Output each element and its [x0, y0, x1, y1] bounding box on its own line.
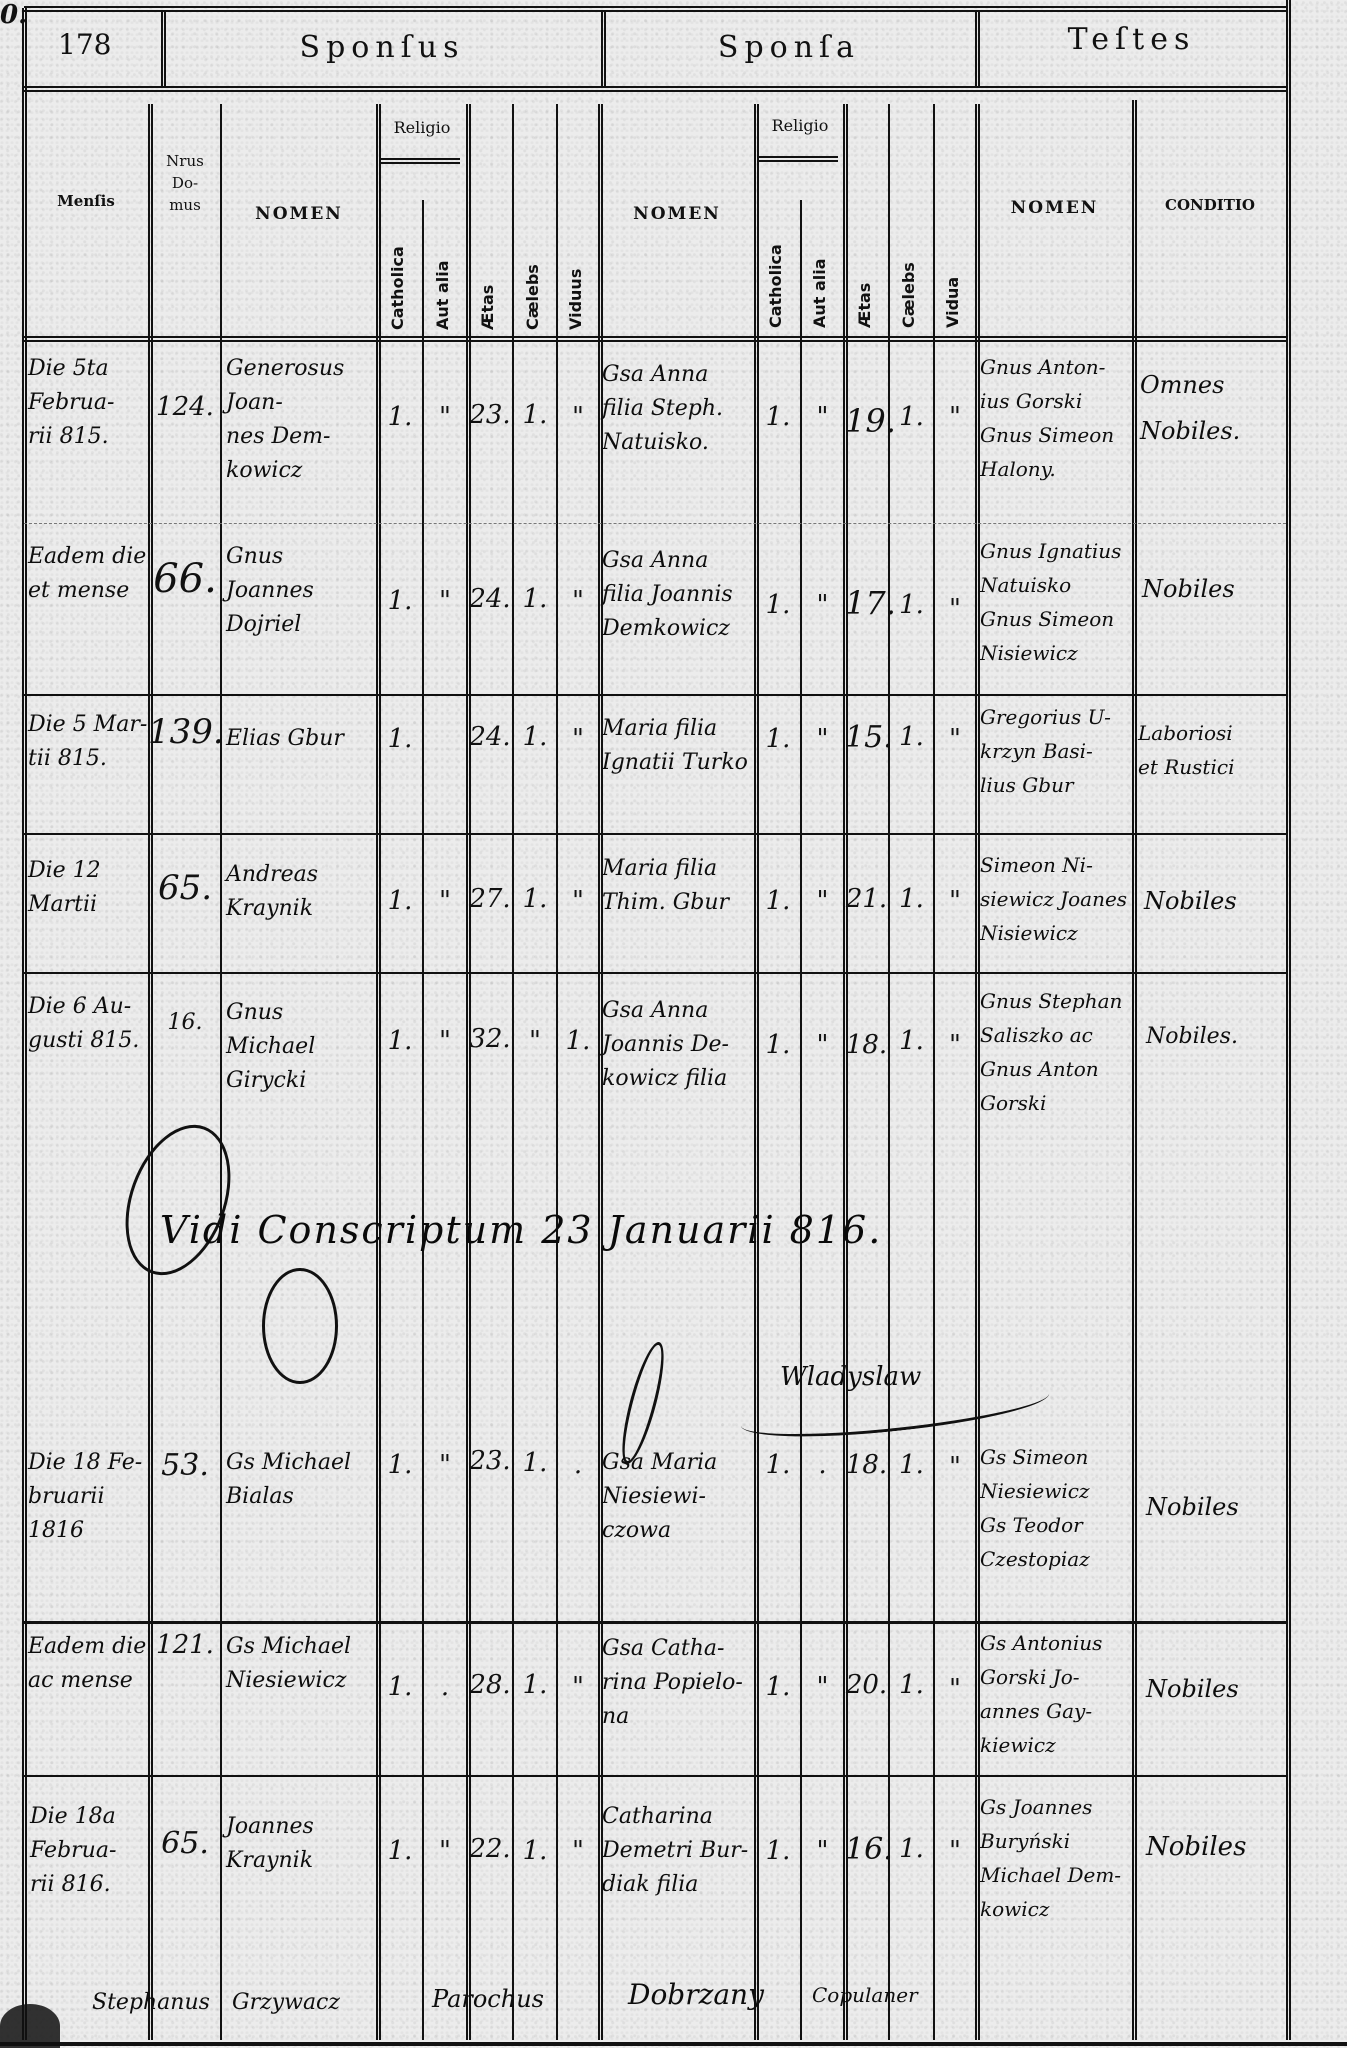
- col-line-aetas2-caelebs2: [888, 104, 890, 2040]
- cell-sponsa-vidua: ": [935, 886, 975, 916]
- cell-testes-conditio: Omnes Nobiles.: [1140, 362, 1286, 454]
- register-page: 0. 178 Sponſus Sponſa Teſtes Menſis Nrus…: [0, 0, 1347, 2048]
- cell-sponsus-caelebs: ": [514, 1026, 556, 1056]
- row-separator-4: [24, 972, 1286, 974]
- cell-sponsa-aut-alia: ": [802, 1030, 843, 1060]
- cell-sponsa-catholica: 1.: [756, 402, 800, 432]
- footer-word-5: Copulaner: [812, 1978, 918, 2012]
- col-header-sponsa-religio: Religio: [758, 116, 842, 135]
- cell-sponsus-viduus: ": [558, 886, 598, 916]
- group-title-sponsa: Sponſa: [603, 30, 975, 65]
- cell-mensis: Die 12 Martii: [28, 854, 148, 922]
- footer-word-4: Dobrzany: [628, 1978, 764, 2012]
- col-line-catholica2-autalia2: [800, 200, 802, 2040]
- title-row-bottom-rule: [24, 86, 1286, 92]
- cell-sponsa-caelebs: 1.: [890, 722, 933, 752]
- cell-sponsa-aetas: 18.: [845, 1030, 888, 1060]
- cell-nrus-domus: 53.: [148, 1448, 222, 1483]
- cell-sponsus-aetas: 27.: [468, 884, 512, 914]
- cell-sponsus-caelebs: 1.: [514, 722, 556, 752]
- cell-sponsus-caelebs: 1.: [514, 400, 556, 430]
- cell-sponsus-nomen: Gs Michael Niesiewicz: [226, 1630, 376, 1698]
- cell-sponsus-nomen: Gs Michael Bialas: [226, 1446, 376, 1514]
- cell-sponsa-catholica: 1.: [756, 1450, 800, 1480]
- cell-sponsa-caelebs: 1.: [890, 884, 933, 914]
- cell-sponsa-catholica: 1.: [756, 724, 800, 754]
- cell-sponsus-nomen: Generosus Joan- nes Dem- kowicz: [226, 352, 376, 488]
- cell-mensis: Die 6 Au- gusti 815.: [28, 990, 148, 1058]
- cell-sponsa-nomen: Gsa Anna filia Steph. Natuisko.: [602, 358, 754, 460]
- cell-sponsus-aut-alia: ": [424, 1836, 466, 1866]
- cell-sponsus-aut-alia: ": [424, 402, 466, 432]
- cell-sponsus-viduus: ": [558, 724, 598, 754]
- cell-sponsa-aut-alia: ": [802, 402, 843, 432]
- col-line-caelebs2-vidua: [933, 104, 935, 2040]
- cell-sponsa-catholica: 1.: [756, 1836, 800, 1866]
- footer-word-2: Grzywacz: [232, 1986, 340, 2020]
- cell-testes-conditio: Nobiles: [1146, 1830, 1286, 1864]
- cell-sponsa-vidua: ": [935, 724, 975, 754]
- col-line-catholica-autalia: [422, 200, 424, 2040]
- page-number: 178: [58, 28, 111, 61]
- cell-sponsa-aetas: 20.: [845, 1670, 888, 1700]
- footer-word-3: Parochus: [432, 1982, 544, 2016]
- cell-sponsa-aetas: 19.: [845, 402, 888, 440]
- col-header-sponsus-aut-alia: Aut alia: [433, 256, 452, 330]
- top-border: [24, 6, 1286, 12]
- religio-rule-sponsus: [380, 158, 460, 164]
- cell-sponsa-catholica: 1.: [756, 1672, 800, 1702]
- cell-testes-conditio: Nobiles.: [1146, 1020, 1286, 1054]
- cell-sponsus-aetas: 24.: [468, 584, 512, 614]
- cell-sponsus-aetas: 32.: [468, 1024, 512, 1054]
- cell-sponsus-catholica: 1.: [378, 1672, 422, 1702]
- cell-sponsus-aetas: 28.: [468, 1670, 512, 1700]
- cell-sponsus-viduus: ": [558, 1836, 598, 1866]
- row-separator-3: [24, 833, 1286, 835]
- col-header-sponsus-nomen: NOMEN: [222, 204, 376, 224]
- cell-sponsa-aetas: 21.: [845, 884, 888, 914]
- cell-sponsus-aetas: 23.: [468, 1446, 512, 1476]
- group-title-testes: Teſtes: [977, 22, 1286, 57]
- cell-sponsa-caelebs: 1.: [890, 1670, 933, 1700]
- cell-sponsa-caelebs: 1.: [890, 1026, 933, 1056]
- col-header-sponsa-nomen: NOMEN: [600, 204, 754, 224]
- cell-sponsus-aut-alia: .: [424, 1672, 466, 1702]
- cell-sponsa-aut-alia: ": [802, 590, 843, 620]
- cell-testes-nomen: Gnus Anton- ius Gorski Gnus Simeon Halon…: [980, 350, 1132, 486]
- cell-sponsa-vidua: ": [935, 1836, 975, 1866]
- cell-nrus-domus: 124.: [150, 392, 220, 422]
- domus-label-2: mus: [150, 194, 220, 216]
- cell-testes-conditio: Nobiles: [1142, 572, 1286, 606]
- cell-sponsa-caelebs: 1.: [890, 1834, 933, 1864]
- col-header-nrus-domus: Nrus Do- mus: [150, 150, 220, 216]
- cell-sponsa-nomen: Gsa Anna Joannis De- kowicz filia: [602, 994, 754, 1096]
- cell-mensis: Die 18a Februa- rii 816.: [30, 1800, 148, 1902]
- cell-sponsa-catholica: 1.: [756, 886, 800, 916]
- group-title-sponsus: Sponſus: [163, 30, 601, 65]
- cell-sponsa-aut-alia: ": [802, 724, 843, 754]
- cell-nrus-domus: 65.: [148, 868, 222, 908]
- row-separator-2: [24, 694, 1286, 696]
- cell-sponsa-caelebs: 1.: [890, 402, 933, 432]
- col-line-nomen3-conditio: [1132, 100, 1137, 2040]
- cell-sponsa-aut-alia: .: [802, 1450, 843, 1480]
- cell-sponsus-aetas: 23.: [468, 400, 512, 430]
- cell-mensis: Die 18 Fe- bruarii 1816: [28, 1446, 148, 1548]
- col-line-nrus-nomen: [220, 104, 222, 2040]
- cell-sponsus-nomen: Joannes Kraynik: [226, 1810, 376, 1878]
- col-header-sponsus-viduus: Viduus: [566, 262, 585, 330]
- col-header-sponsa-vidua: Vidua: [943, 268, 962, 328]
- cell-sponsa-aut-alia: ": [802, 1672, 843, 1702]
- cell-sponsus-viduus: ": [558, 1672, 598, 1702]
- cell-sponsa-caelebs: 1.: [890, 1450, 933, 1480]
- cell-nrus-domus: 121.: [148, 1630, 222, 1660]
- cell-sponsa-caelebs: 1.: [890, 590, 933, 620]
- cell-sponsa-nomen: Gsa Anna filia Joannis Demkowicz: [602, 544, 754, 646]
- col-header-mensis: Menſis: [24, 192, 148, 210]
- cell-sponsus-viduus: .: [558, 1450, 598, 1480]
- cell-sponsus-aut-alia: ": [424, 586, 466, 616]
- cell-sponsus-aut-alia: ": [424, 1026, 466, 1056]
- cell-sponsa-aut-alia: ": [802, 1836, 843, 1866]
- cell-testes-conditio: Nobiles: [1146, 1672, 1286, 1706]
- col-header-testes-nomen: NOMEN: [977, 198, 1132, 218]
- domus-label-1: Do-: [150, 172, 220, 194]
- row-separator-6: [24, 1775, 1286, 1777]
- cell-sponsa-nomen: Maria filia Ignatii Turko: [602, 712, 754, 780]
- cell-sponsus-caelebs: 1.: [514, 884, 556, 914]
- cell-sponsus-nomen: Elias Gbur: [226, 722, 376, 756]
- cell-sponsus-aetas: 24.: [468, 722, 512, 752]
- col-header-sponsus-caelebs: Cælebs: [523, 262, 542, 330]
- right-border: [1286, 0, 1291, 2040]
- cell-sponsus-caelebs: 1.: [514, 1448, 556, 1478]
- col-header-sponsa-aetas: Ætas: [855, 282, 874, 328]
- cell-sponsus-catholica: 1.: [378, 1450, 422, 1480]
- cell-mensis: Die 5ta Februa- rii 815.: [28, 352, 148, 454]
- cell-sponsus-caelebs: 1.: [514, 584, 556, 614]
- cell-sponsus-catholica: 1.: [378, 586, 422, 616]
- cell-sponsus-nomen: Gnus Michael Girycki: [226, 996, 376, 1098]
- cell-sponsa-aetas: 17.: [845, 584, 888, 622]
- cell-sponsus-viduus: ": [558, 402, 598, 432]
- row-separator-1: [24, 523, 1286, 524]
- cell-sponsus-nomen: Gnus Joannes Dojriel: [226, 540, 376, 642]
- cell-sponsus-viduus: 1.: [558, 1026, 598, 1056]
- col-line-autalia-aetas: [466, 104, 471, 2040]
- cell-testes-nomen: Gregorius U- krzyn Basi- lius Gbur: [980, 700, 1132, 802]
- cell-mensis: Eadem die ac mense: [28, 1630, 148, 1698]
- cell-sponsa-aetas: 15.: [845, 720, 888, 755]
- flourish-c-icon: [262, 1268, 338, 1384]
- cell-sponsa-nomen: Gsa Maria Niesiewi- czowa: [602, 1446, 754, 1548]
- cell-mensis: Die 5 Mar- tii 815.: [28, 708, 148, 776]
- cell-nrus-domus: 66.: [148, 556, 222, 602]
- col-line-caelebs-viduus: [556, 104, 558, 2040]
- col-line-aetas-caelebs: [512, 104, 514, 2040]
- col-line-autalia2-aetas2: [843, 104, 848, 2040]
- cell-sponsa-catholica: 1.: [756, 590, 800, 620]
- cell-testes-conditio: Laboriosi et Rustici: [1138, 716, 1286, 784]
- cell-testes-nomen: Gnus Stephan Saliszko ac Gnus Anton Gors…: [980, 984, 1132, 1120]
- cell-sponsa-nomen: Maria filia Thim. Gbur: [602, 852, 754, 920]
- left-border: [22, 8, 27, 2040]
- cell-sponsa-aetas: 16.: [845, 1832, 888, 1867]
- col-header-sponsus-aetas: Ætas: [478, 284, 497, 330]
- cell-sponsa-vidua: ": [935, 402, 975, 432]
- col-header-sponsa-caelebs: Cælebs: [899, 260, 918, 328]
- col-header-sponsus-religio: Religio: [380, 118, 464, 137]
- cell-nrus-domus: 65.: [148, 1826, 222, 1861]
- cell-testes-nomen: Gs Simeon Niesiewicz Gs Teodor Czestopia…: [980, 1440, 1132, 1576]
- cell-testes-conditio: Nobiles: [1146, 1490, 1286, 1524]
- cell-sponsa-vidua: ": [935, 1674, 975, 1704]
- footer-word-1: Stephanus: [92, 1986, 210, 2020]
- row-separator-5: [24, 1621, 1286, 1624]
- religio-rule-sponsa: [758, 156, 838, 162]
- cell-sponsus-viduus: ": [558, 586, 598, 616]
- cell-sponsus-catholica: 1.: [378, 724, 422, 754]
- col-header-sponsa-aut-alia: Aut alia: [810, 254, 829, 328]
- cell-mensis: Eadem die et mense: [28, 540, 148, 608]
- inscription-text: Vidi Conscriptum 23 Januarii 816.: [160, 1208, 1060, 1252]
- cell-testes-nomen: Gnus Ignatius Natuisko Gnus Simeon Nisie…: [980, 534, 1132, 670]
- cell-sponsa-nomen: Gsa Catha- rina Popielo- na: [602, 1632, 754, 1734]
- nrus-label: Nrus: [150, 150, 220, 172]
- bottom-border: [0, 2042, 1347, 2046]
- cell-sponsus-catholica: 1.: [378, 1836, 422, 1866]
- cell-sponsa-vidua: ": [935, 594, 975, 624]
- col-header-sponsus-catholica: Catholica: [388, 234, 407, 330]
- cell-sponsus-aut-alia: ": [424, 886, 466, 916]
- cell-sponsus-caelebs: 1.: [514, 1836, 556, 1866]
- cell-sponsus-catholica: 1.: [378, 886, 422, 916]
- col-line-nomen-catholica: [376, 104, 381, 2040]
- header-bottom-rule: [24, 336, 1286, 342]
- cell-sponsus-aut-alia: ": [424, 1450, 466, 1480]
- cell-testes-nomen: Simeon Ni- siewicz Joanes Nisiewicz: [980, 848, 1132, 950]
- cell-sponsa-aut-alia: ": [802, 886, 843, 916]
- ink-blot-icon: [0, 2004, 60, 2048]
- cell-sponsus-nomen: Andreas Kraynik: [226, 858, 376, 926]
- cell-sponsa-catholica: 1.: [756, 1030, 800, 1060]
- cell-sponsa-aetas: 18.: [845, 1450, 888, 1480]
- cell-testes-nomen: Gs Antonius Gorski Jo- annes Gay- kiewic…: [980, 1626, 1132, 1762]
- cell-sponsa-vidua: ": [935, 1030, 975, 1060]
- cell-sponsus-catholica: 1.: [378, 1026, 422, 1056]
- col-line-nomen2-catholica2: [754, 104, 759, 2040]
- cell-sponsus-aetas: 22.: [468, 1834, 512, 1864]
- cell-testes-nomen: Gs Joannes Buryński Michael Dem- kowicz: [980, 1790, 1132, 1926]
- col-header-testes-conditio: CONDITIO: [1134, 196, 1286, 214]
- cell-sponsa-vidua: ": [935, 1452, 975, 1482]
- cell-sponsa-nomen: Catharina Demetri Bur- diak filia: [602, 1800, 754, 1902]
- flourish-v-icon: [106, 1110, 250, 1289]
- cell-sponsus-caelebs: 1.: [514, 1670, 556, 1700]
- cell-nrus-domus: 139.: [148, 712, 222, 752]
- cell-testes-conditio: Nobiles: [1144, 884, 1286, 918]
- col-header-sponsa-catholica: Catholica: [766, 232, 785, 328]
- cell-sponsus-catholica: 1.: [378, 402, 422, 432]
- cell-nrus-domus: 16.: [148, 1010, 222, 1035]
